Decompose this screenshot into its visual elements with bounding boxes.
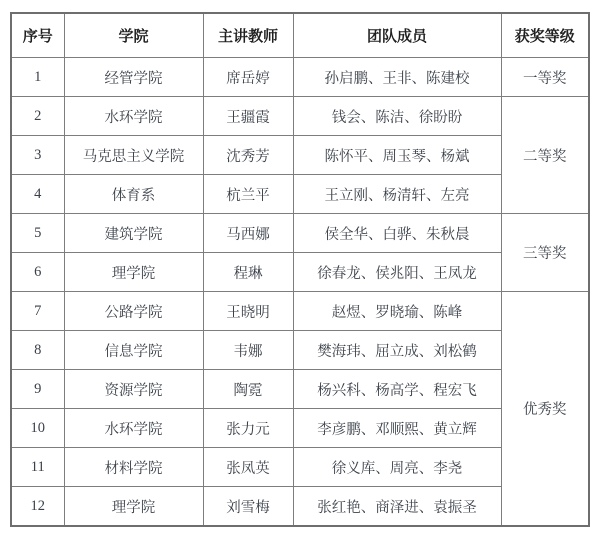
members-cell: 杨兴科、杨高学、程宏飞 [293, 370, 501, 409]
college-cell: 水环学院 [64, 409, 203, 448]
row-number: 2 [11, 97, 64, 136]
college-cell: 体育系 [64, 175, 203, 214]
teacher-cell: 刘雪梅 [203, 487, 293, 527]
members-cell: 赵煜、罗晓瑜、陈峰 [293, 292, 501, 331]
teacher-cell: 杭兰平 [203, 175, 293, 214]
teacher-cell: 沈秀芳 [203, 136, 293, 175]
table-row: 1经管学院席岳婷孙启鹏、王非、陈建校一等奖 [11, 58, 589, 97]
college-cell: 理学院 [64, 487, 203, 527]
header-lead-teacher: 主讲教师 [203, 13, 293, 58]
row-number: 7 [11, 292, 64, 331]
college-cell: 公路学院 [64, 292, 203, 331]
header-serial-number: 序号 [11, 13, 64, 58]
members-cell: 王立刚、杨清轩、左亮 [293, 175, 501, 214]
members-cell: 樊海玮、屈立成、刘松鹤 [293, 331, 501, 370]
members-cell: 张红艳、商泽进、袁振圣 [293, 487, 501, 527]
award-table: 序号 学院 主讲教师 团队成员 获奖等级 1经管学院席岳婷孙启鹏、王非、陈建校一… [10, 12, 590, 527]
members-cell: 陈怀平、周玉琴、杨斌 [293, 136, 501, 175]
table-row: 5建筑学院马西娜侯全华、白骅、朱秋晨三等奖 [11, 214, 589, 253]
teacher-cell: 王疆霞 [203, 97, 293, 136]
award-cell: 二等奖 [501, 97, 589, 214]
members-cell: 徐春龙、侯兆阳、王凤龙 [293, 253, 501, 292]
award-table-page: 序号 学院 主讲教师 团队成员 获奖等级 1经管学院席岳婷孙启鹏、王非、陈建校一… [0, 0, 599, 536]
table-row: 2水环学院王疆霞钱会、陈洁、徐盼盼二等奖 [11, 97, 589, 136]
teacher-cell: 程琳 [203, 253, 293, 292]
table-body: 1经管学院席岳婷孙启鹏、王非、陈建校一等奖2水环学院王疆霞钱会、陈洁、徐盼盼二等… [11, 58, 589, 527]
college-cell: 经管学院 [64, 58, 203, 97]
members-cell: 徐义库、周亮、李尧 [293, 448, 501, 487]
college-cell: 资源学院 [64, 370, 203, 409]
teacher-cell: 张凤英 [203, 448, 293, 487]
members-cell: 钱会、陈洁、徐盼盼 [293, 97, 501, 136]
table-header-row: 序号 学院 主讲教师 团队成员 获奖等级 [11, 13, 589, 58]
members-cell: 孙启鹏、王非、陈建校 [293, 58, 501, 97]
row-number: 8 [11, 331, 64, 370]
award-cell: 优秀奖 [501, 292, 589, 527]
teacher-cell: 陶霓 [203, 370, 293, 409]
award-cell: 三等奖 [501, 214, 589, 292]
row-number: 9 [11, 370, 64, 409]
college-cell: 材料学院 [64, 448, 203, 487]
row-number: 5 [11, 214, 64, 253]
college-cell: 马克思主义学院 [64, 136, 203, 175]
members-cell: 侯全华、白骅、朱秋晨 [293, 214, 501, 253]
college-cell: 信息学院 [64, 331, 203, 370]
row-number: 3 [11, 136, 64, 175]
college-cell: 水环学院 [64, 97, 203, 136]
college-cell: 建筑学院 [64, 214, 203, 253]
college-cell: 理学院 [64, 253, 203, 292]
row-number: 11 [11, 448, 64, 487]
row-number: 4 [11, 175, 64, 214]
table-row: 7公路学院王晓明赵煜、罗晓瑜、陈峰优秀奖 [11, 292, 589, 331]
row-number: 6 [11, 253, 64, 292]
teacher-cell: 韦娜 [203, 331, 293, 370]
teacher-cell: 王晓明 [203, 292, 293, 331]
row-number: 12 [11, 487, 64, 527]
teacher-cell: 席岳婷 [203, 58, 293, 97]
header-team-members: 团队成员 [293, 13, 501, 58]
award-cell: 一等奖 [501, 58, 589, 97]
header-award-level: 获奖等级 [501, 13, 589, 58]
members-cell: 李彦鹏、邓顺熙、黄立辉 [293, 409, 501, 448]
row-number: 10 [11, 409, 64, 448]
teacher-cell: 张力元 [203, 409, 293, 448]
teacher-cell: 马西娜 [203, 214, 293, 253]
header-college: 学院 [64, 13, 203, 58]
row-number: 1 [11, 58, 64, 97]
